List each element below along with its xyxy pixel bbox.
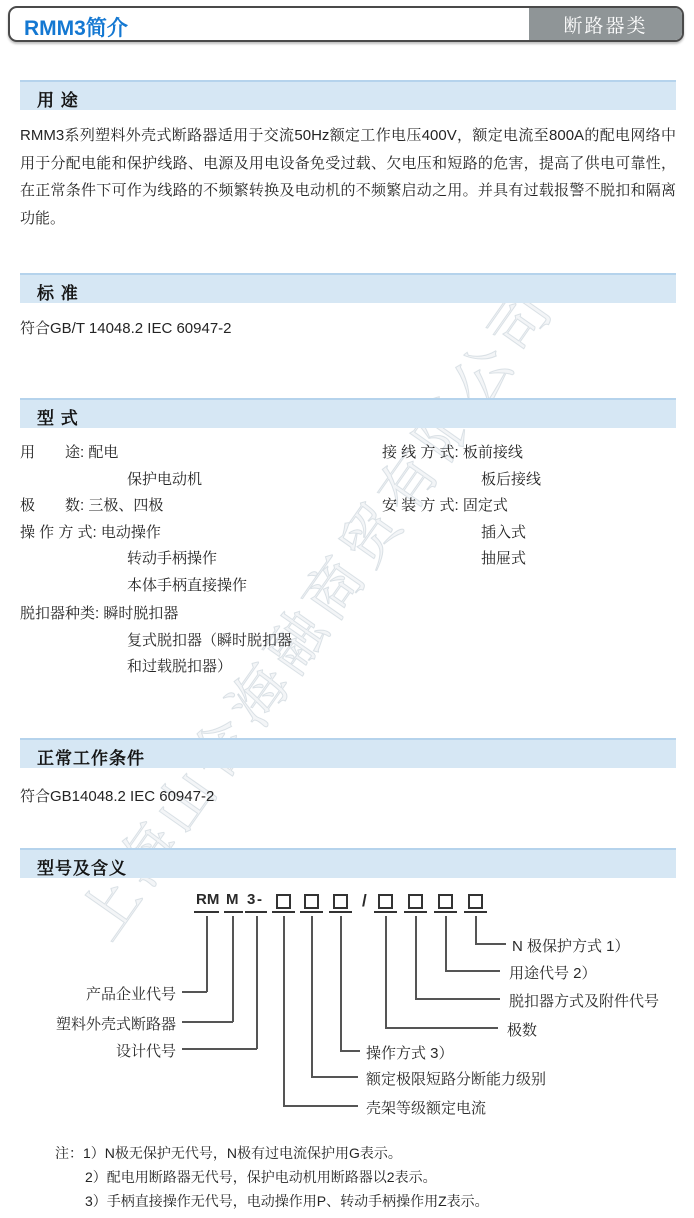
spec-label: 接 线 方 式:: [382, 441, 459, 462]
diagram-label-trip-mode: 脱扣器方式及附件代号: [509, 990, 659, 1011]
note-prefix: 注：: [55, 1145, 83, 1161]
model-code-box: [408, 894, 423, 909]
diagram-label-n-pole: N 极保护方式 1）: [512, 935, 630, 956]
spec-value: 保护电动机: [127, 468, 202, 489]
diagram-connector: [311, 916, 313, 1077]
spec-value: 转动手柄操作: [127, 547, 217, 568]
page-title: RMM3简介: [24, 12, 128, 42]
section-heading-working-conditions: 正常工作条件: [37, 744, 145, 769]
diagram-connector: [283, 916, 285, 1106]
note-line: 注：1）N极无保护无代号，N极有过电流保护用G表示。: [55, 1143, 402, 1163]
spec-value: 配电: [88, 441, 118, 462]
diagram-connector: [445, 916, 447, 971]
working-conditions-text: 符合GB14048.2 IEC 60947-2: [20, 785, 214, 806]
diagram-label-company: 产品企业代号: [86, 983, 176, 1004]
spec-row: 脱扣器种类: 瞬时脱扣器: [20, 602, 178, 624]
spec-value: 瞬时脱扣器: [103, 602, 178, 623]
code-underline: [434, 911, 457, 913]
diagram-connector: [475, 916, 477, 944]
model-code-box: [438, 894, 453, 909]
section-heading-purpose: 用 途: [37, 86, 79, 111]
model-code-dash: -: [257, 891, 262, 908]
diagram-connector: [311, 1076, 358, 1078]
diagram-connector: [182, 1021, 233, 1023]
note-item: 1）N极无保护无代号，N极有过电流保护用G表示。: [83, 1145, 402, 1161]
note-item: 3）手柄直接操作无代号，电动操作用P、转动手柄操作用Z表示。: [85, 1193, 489, 1209]
spec-row: 接 线 方 式: 板前接线: [382, 441, 523, 463]
spec-value: 和过载脱扣器）: [127, 655, 232, 676]
section-band-working-conditions: 正常工作条件: [20, 738, 676, 768]
spec-value: 固定式: [463, 494, 508, 515]
code-underline: [194, 911, 219, 913]
diagram-connector: [385, 916, 387, 1028]
spec-value: 三极、四极: [88, 494, 163, 515]
spec-row: 和过载脱扣器）: [127, 655, 232, 677]
spec-row: 安 装 方 式: 固定式: [382, 494, 508, 516]
spec-row: 用 途: 配电: [20, 441, 118, 463]
code-underline: [272, 911, 295, 913]
diagram-label-design: 设计代号: [116, 1040, 176, 1061]
diagram-connector: [340, 1050, 360, 1052]
diagram-label-breaking-capacity: 额定极限短路分断能力级别: [366, 1068, 546, 1089]
spec-row: 插入式: [481, 521, 526, 543]
diagram-label-operation: 操作方式 3）: [366, 1042, 454, 1063]
spec-label: 操 作 方 式:: [20, 521, 97, 542]
spec-label: 脱扣器种类:: [20, 602, 99, 623]
page: 上海山合海融商贸有限公司 RMM3简介 断路器类 用 途 RMM3系列塑料外壳式…: [0, 0, 694, 1218]
spec-label: 安 装 方 式:: [382, 494, 459, 515]
model-code-design: 3: [247, 891, 255, 908]
spec-row: 操 作 方 式: 电动操作: [20, 521, 161, 543]
diagram-connector: [182, 991, 207, 993]
spec-value: 抽屉式: [481, 547, 526, 568]
code-underline: [224, 911, 243, 913]
diagram-connector: [206, 916, 208, 992]
note-item: 2）配电用断路器无代号，保护电动机用断路器以2表示。: [85, 1169, 437, 1185]
section-band-purpose: 用 途: [20, 80, 676, 110]
diagram-label-poles: 极数: [507, 1019, 537, 1040]
model-code-slash: /: [362, 891, 367, 911]
diagram-connector: [182, 1048, 257, 1050]
code-underline: [464, 911, 487, 913]
section-band-standard: 标 准: [20, 273, 676, 303]
spec-value: 板后接线: [481, 468, 541, 489]
spec-value: 本体手柄直接操作: [127, 574, 247, 595]
model-code-box: [333, 894, 348, 909]
category-badge: 断路器类: [529, 8, 682, 40]
diagram-connector: [283, 1105, 358, 1107]
spec-row: 本体手柄直接操作: [127, 574, 247, 596]
section-band-type: 型 式: [20, 398, 676, 428]
diagram-connector: [340, 916, 342, 1051]
diagram-connector: [415, 916, 417, 999]
section-heading-standard: 标 准: [37, 279, 79, 304]
model-code-box: [378, 894, 393, 909]
section-heading-type: 型 式: [37, 404, 79, 429]
note-line: 2）配电用断路器无代号，保护电动机用断路器以2表示。: [85, 1167, 437, 1187]
diagram-connector: [415, 998, 500, 1000]
spec-value: 板前接线: [463, 441, 523, 462]
code-underline: [404, 911, 427, 913]
diagram-connector: [445, 970, 500, 972]
standard-text: 符合GB/T 14048.2 IEC 60947-2: [20, 317, 232, 338]
spec-value: 电动操作: [101, 521, 161, 542]
spec-value: 复式脱扣器（瞬时脱扣器: [127, 629, 292, 650]
spec-row: 极 数: 三极、四极: [20, 494, 163, 516]
model-code-box: [304, 894, 319, 909]
purpose-paragraph: RMM3系列塑料外壳式断路器适用于交流50Hz额定工作电压400V，额定电流至8…: [20, 122, 676, 232]
code-underline: [245, 911, 267, 913]
spec-row: 抽屉式: [481, 547, 526, 569]
model-code-box: [468, 894, 483, 909]
code-underline: [300, 911, 323, 913]
diagram-connector: [256, 916, 258, 1049]
code-underline: [329, 911, 352, 913]
spec-row: 板后接线: [481, 468, 541, 490]
diagram-label-frame-current: 壳架等级额定电流: [366, 1097, 486, 1118]
spec-label: 用 途:: [20, 441, 84, 462]
section-heading-model-meaning: 型号及含义: [37, 854, 127, 879]
model-code-type: M: [226, 891, 239, 908]
diagram-label-usage-code: 用途代号 2）: [509, 962, 597, 983]
model-code-box: [276, 894, 291, 909]
diagram-connector: [232, 916, 234, 1022]
section-band-model-meaning: 型号及含义: [20, 848, 676, 878]
spec-label: 极 数:: [20, 494, 84, 515]
diagram-connector: [385, 1027, 498, 1029]
header-box: RMM3简介 断路器类: [8, 6, 684, 42]
spec-row: 转动手柄操作: [127, 547, 217, 569]
spec-row: 复式脱扣器（瞬时脱扣器: [127, 629, 292, 651]
model-code-company: RM: [196, 891, 219, 908]
code-underline: [374, 911, 397, 913]
diagram-connector: [475, 943, 506, 945]
spec-value: 插入式: [481, 521, 526, 542]
spec-row: 保护电动机: [127, 468, 202, 490]
diagram-label-breaker: 塑料外壳式断路器: [56, 1013, 176, 1034]
note-line: 3）手柄直接操作无代号，电动操作用P、转动手柄操作用Z表示。: [85, 1191, 489, 1211]
